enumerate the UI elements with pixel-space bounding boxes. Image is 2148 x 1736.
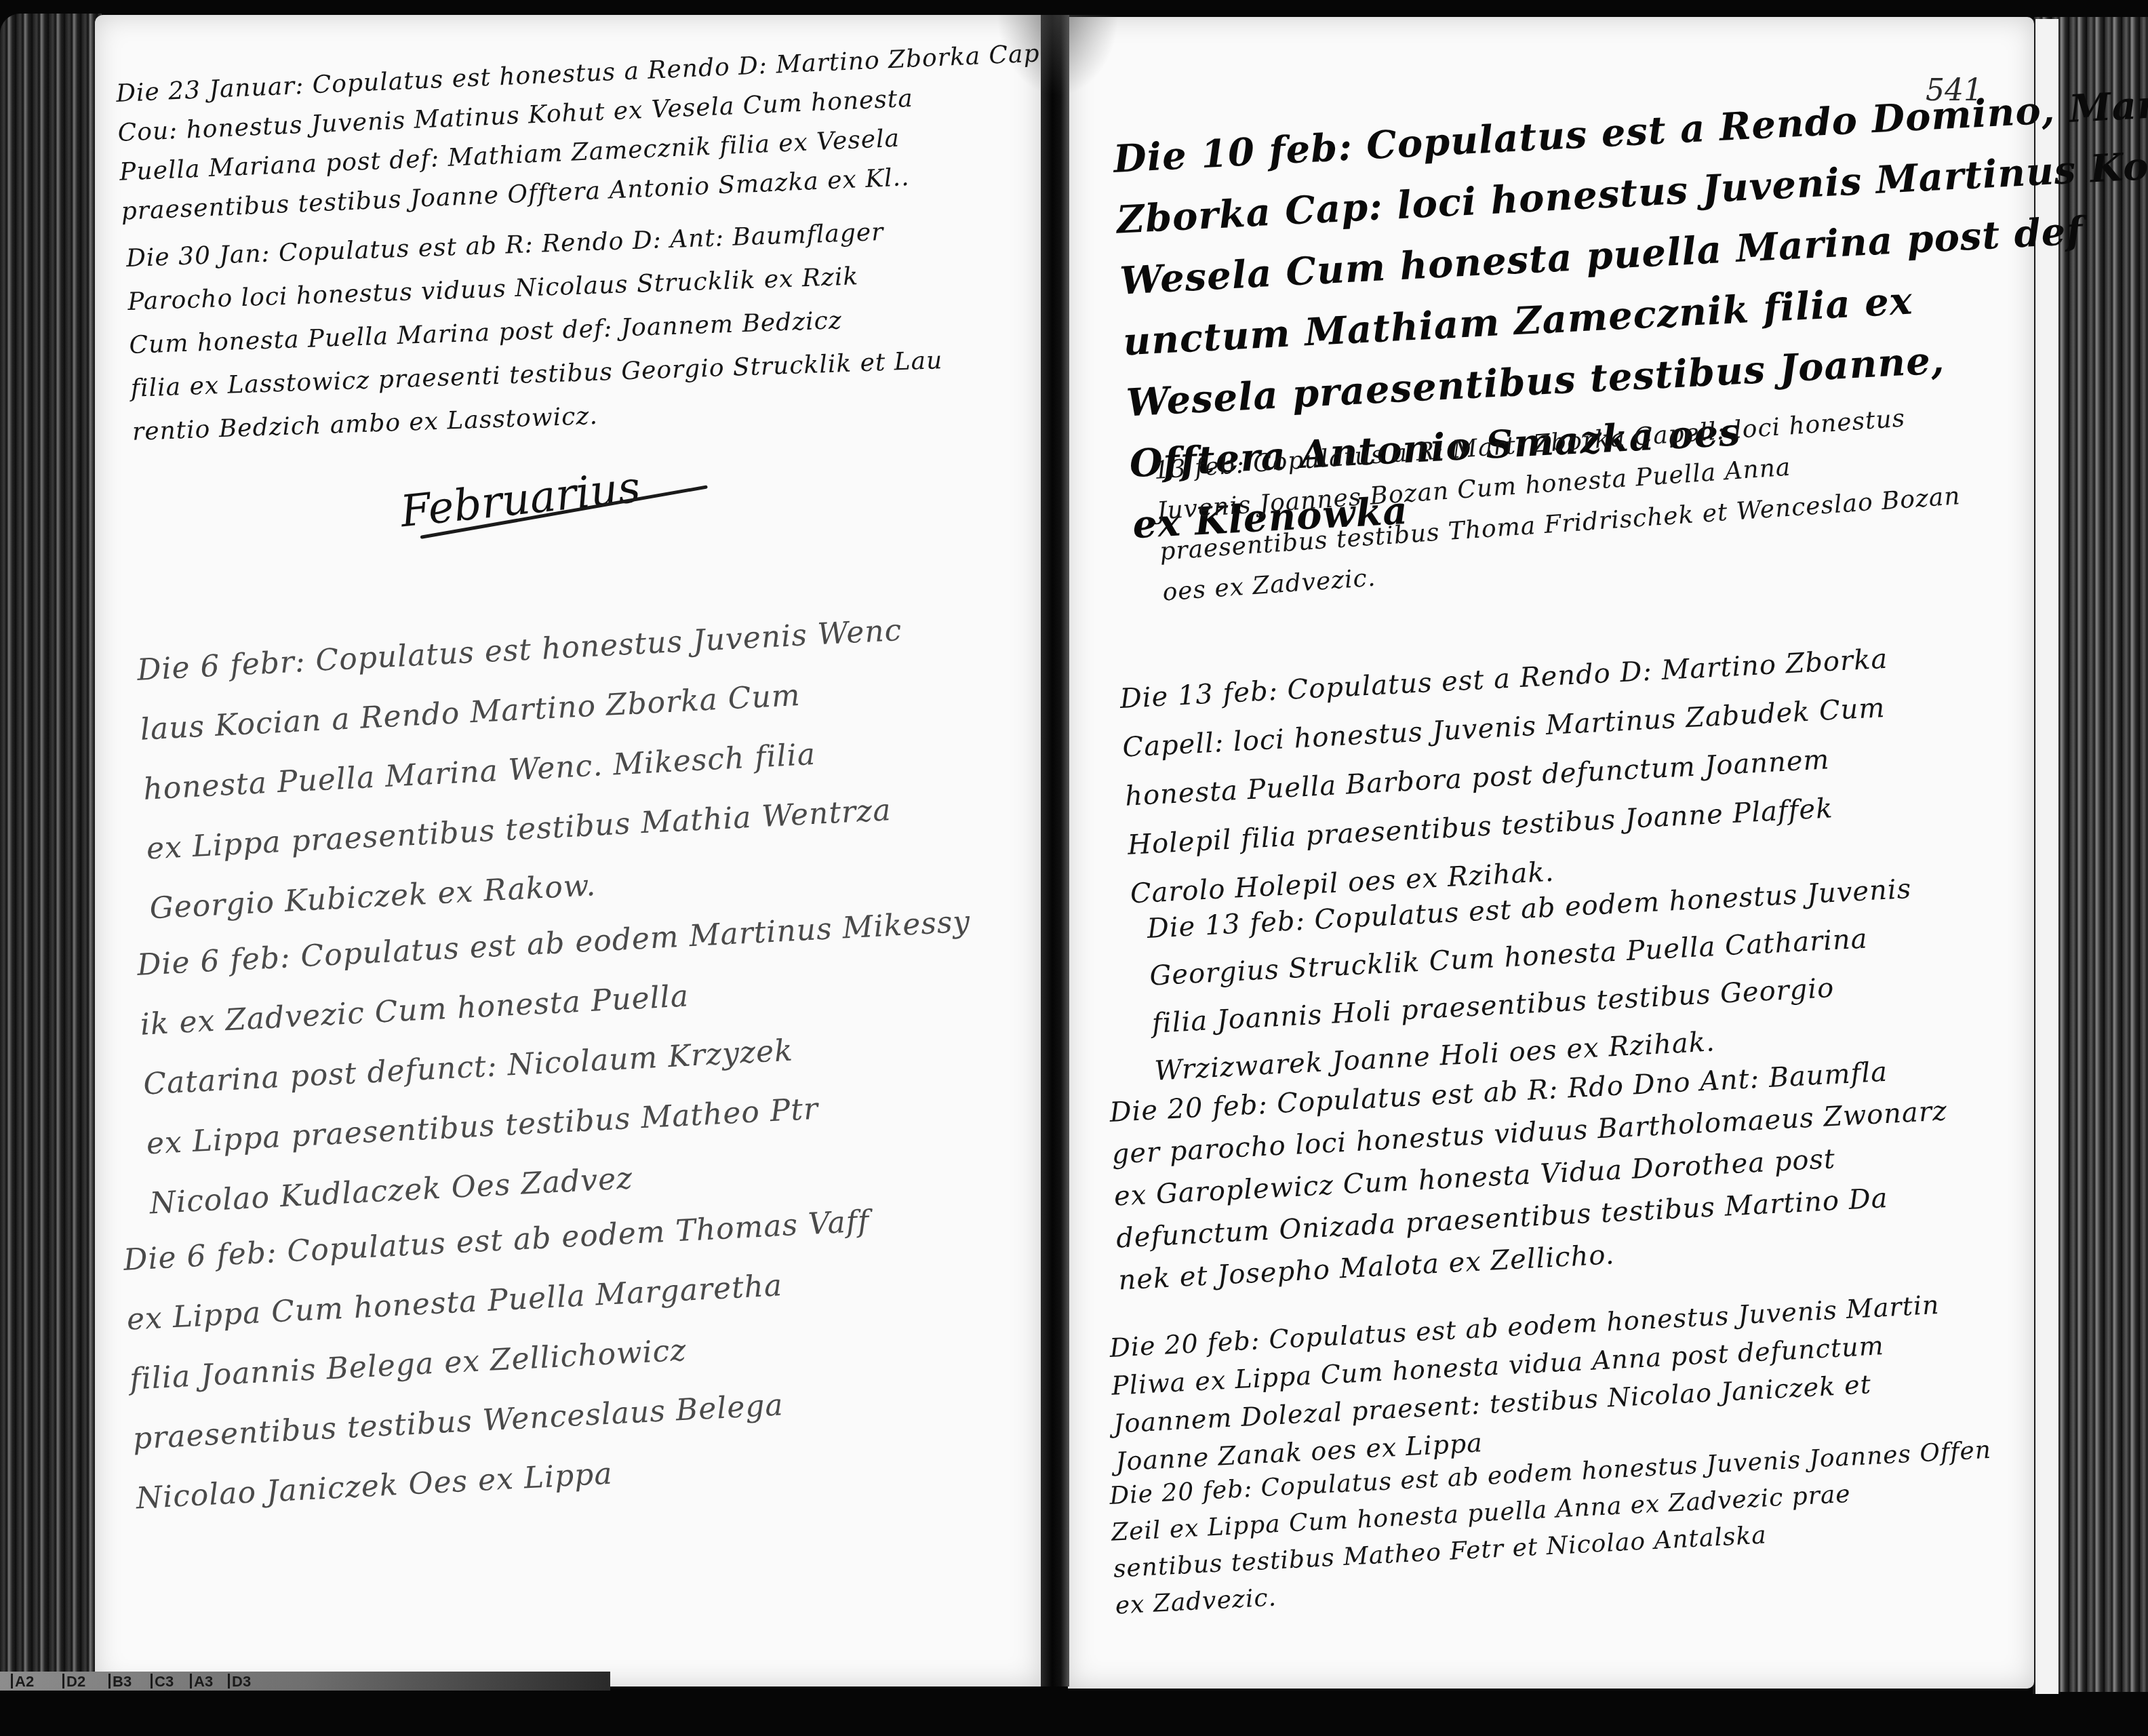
strip-label: B3 [108,1673,132,1691]
register-entry-feb-20-a: Die 20 feb: Copulatus est ab R: Rdo Dno … [1109,1048,1955,1301]
book-gutter [1041,15,1069,1686]
open-register-book: 541 Die 23 Januar: Copulatus est honestu… [0,0,2148,1736]
scanner-target-strip [0,1672,610,1691]
register-entry-feb-6-c: Die 6 feb: Copulatus est ab eodem Thomas… [122,1191,883,1528]
strip-label: C3 [151,1673,174,1691]
strip-label: D3 [228,1673,251,1691]
strip-label: A2 [11,1673,34,1691]
strip-label: D2 [62,1673,85,1691]
register-entry-feb-6-a: Die 6 febr: Copulatus est honestus Juven… [136,601,916,939]
register-entry-feb-6-b: Die 6 feb: Copulatus est ab eodem Martin… [136,892,984,1234]
register-entry-jan-30: Die 30 Jan: Copulatus est ab R: Rendo D:… [125,209,945,454]
left-page-edges [0,14,102,1689]
strip-label: A3 [190,1673,213,1691]
